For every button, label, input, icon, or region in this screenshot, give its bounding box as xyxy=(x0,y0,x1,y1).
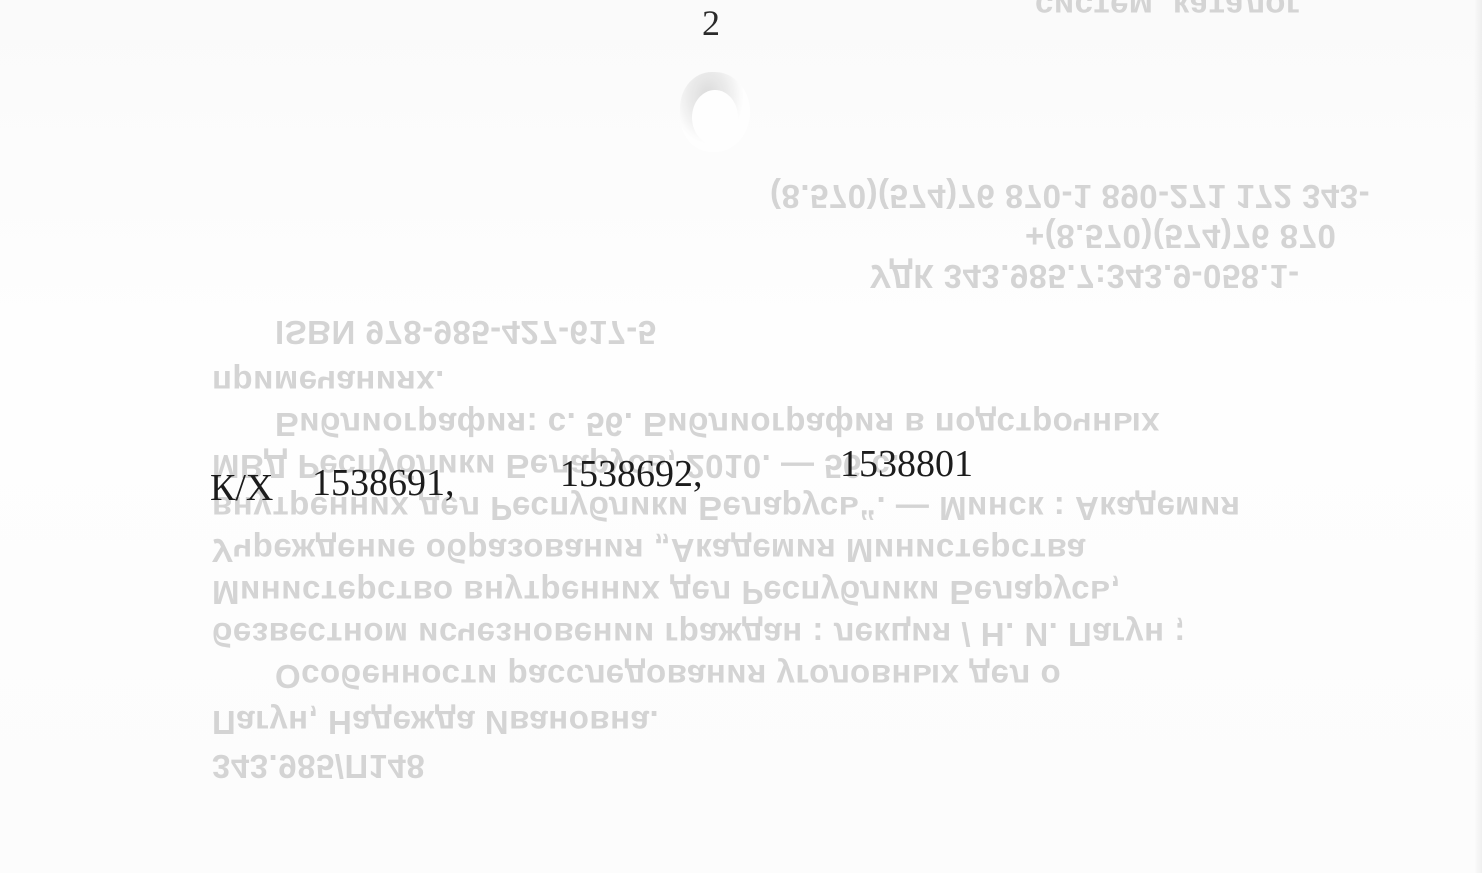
inventory-number: 1538692, xyxy=(560,452,703,496)
bleed-title-line: безвестном исчезновении граждан : лекция… xyxy=(212,615,1186,653)
bleed-bbk-line: (8.570)(574)76 870-1 890-271 172 343- xyxy=(770,177,1370,215)
bleed-title-line: Министерство внутренних дел Республики Б… xyxy=(212,573,1120,611)
bleed-catalog-label: систем. каталог xyxy=(1035,0,1300,25)
bleed-isbn: ISBN 978-985-427-617-5 xyxy=(275,313,657,351)
bleed-bbk-line: +(8.570)(574)76 870 xyxy=(1025,217,1336,255)
bleed-author-heading: Пагун, Надежда Ивановна. xyxy=(212,703,659,741)
page-number: 2 xyxy=(702,2,720,44)
bleed-udk: УДК 343.985.7:343.9-058.1- xyxy=(870,257,1300,295)
bleed-title-line: Особенности расследования уголовных дел … xyxy=(275,657,1061,695)
bleed-title-line: примечаниях. xyxy=(212,363,445,401)
inventory-number: 1538801 xyxy=(840,442,973,486)
catalog-card: 343.985/П148 Пагун, Надежда Ивановна. Ос… xyxy=(0,0,1482,873)
bleed-title-line: Учреждение образования „Академия Министе… xyxy=(212,531,1086,569)
inventory-prefix: К/Х xyxy=(210,466,273,510)
bleed-title-line: Библиография: с. 56. Библиография в подс… xyxy=(275,405,1160,443)
punch-hole xyxy=(680,72,750,152)
bleed-class-mark: 343.985/П148 xyxy=(212,747,425,785)
inventory-number: 1538691, xyxy=(312,461,455,505)
